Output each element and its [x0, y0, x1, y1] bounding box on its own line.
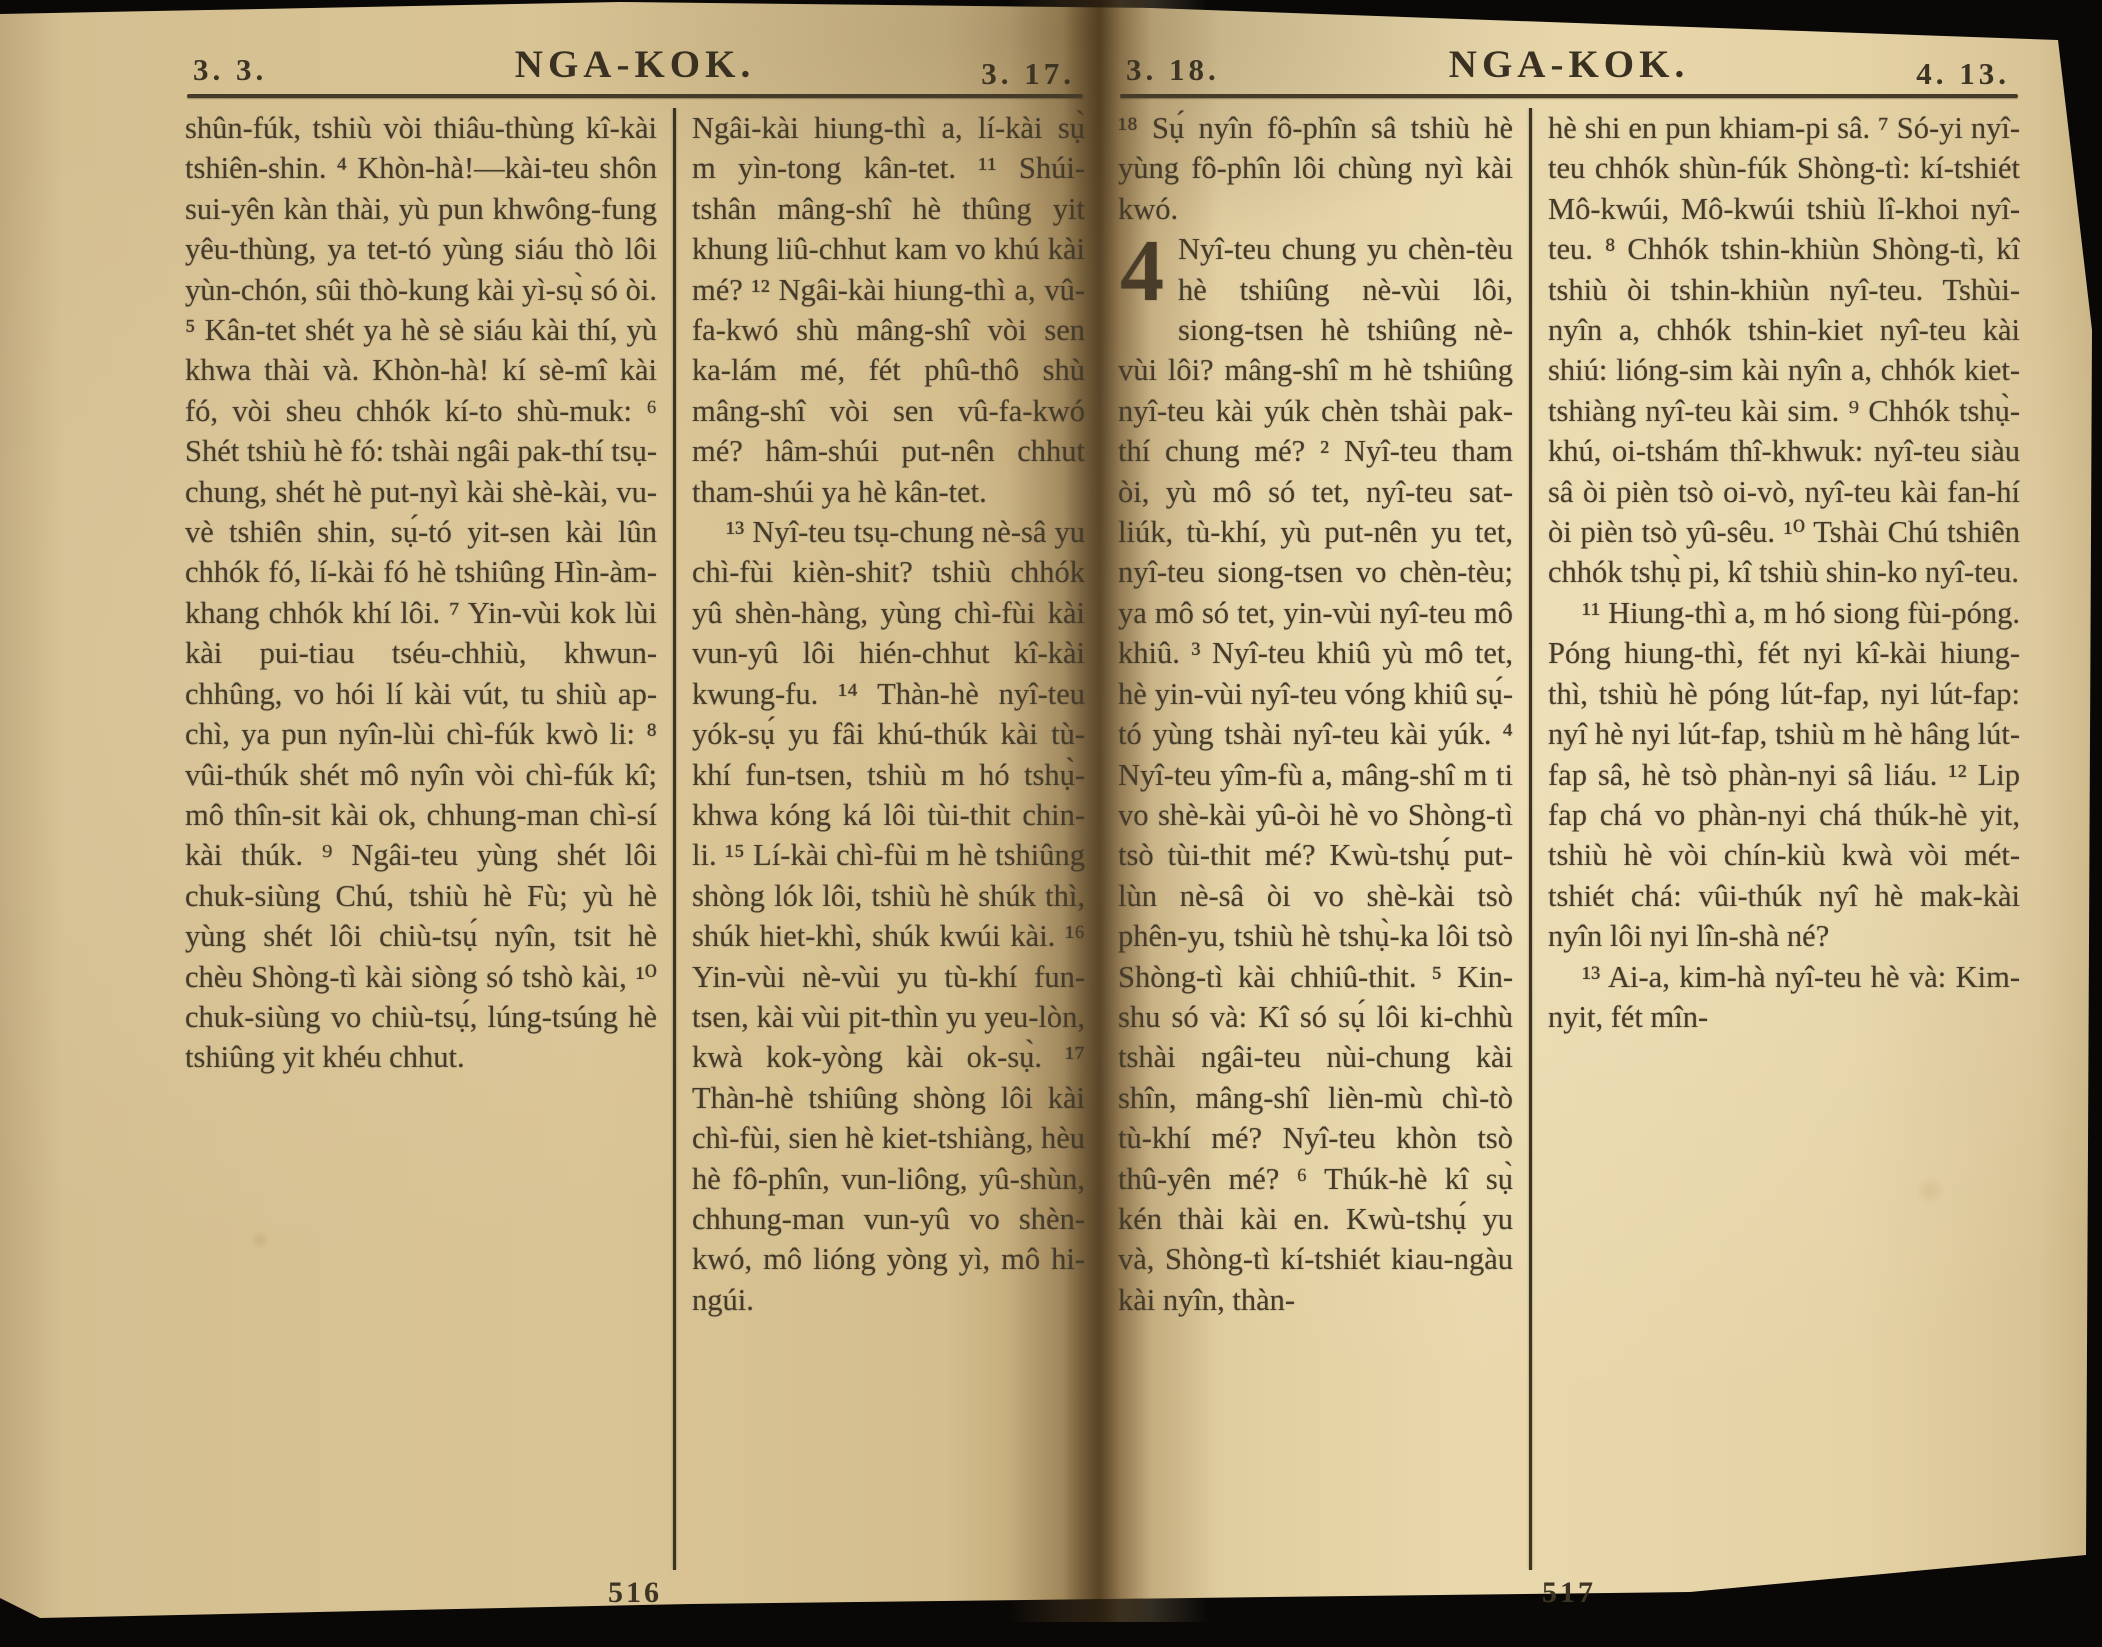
head-rule: [187, 94, 1083, 98]
chapter-verse-ref-right: 4. 13.: [1916, 56, 2010, 92]
text-columns: ¹⁸ Sụ́ nyîn fô-phîn sâ tshiù hè yùng fô-…: [1118, 108, 2020, 1570]
text-paragraph: ¹³ Nyî-teu tsụ-chung nè-sâ yu chì-fùi ki…: [692, 512, 1085, 1320]
text-column: hè shi en pun khiam-pi sâ. ⁷ Só-yi nyî-t…: [1532, 108, 2020, 1570]
head-rule: [1120, 94, 2018, 98]
running-head: 3. 3. NGA-KOK. 3. 17.: [185, 36, 1085, 94]
chapter-verse-ref-right: 3. 17.: [981, 56, 1075, 92]
text-paragraph: ¹³ Ai-a, kim-hà nyî-teu hè và: Kim-nyit,…: [1548, 957, 2020, 1038]
chapter-verse-ref-left: 3. 18.: [1126, 52, 1220, 88]
page-number: 517: [1118, 1576, 2020, 1610]
running-head: 3. 18. NGA-KOK. 4. 13.: [1118, 36, 2020, 94]
book-scan: 3. 3. NGA-KOK. 3. 17. shûn-fúk, tshiù vò…: [0, 0, 2102, 1647]
text-column: ¹⁸ Sụ́ nyîn fô-phîn sâ tshiù hè yùng fô-…: [1118, 108, 1529, 1570]
page-number: 516: [185, 1576, 1085, 1610]
text-paragraph: 4Nyî-teu chung yu chèn-tèu hè tshiûng nè…: [1118, 229, 1513, 1320]
chapter-verse-ref-left: 3. 3.: [193, 52, 267, 88]
page-title: NGA-KOK.: [1449, 42, 1689, 87]
text-column: shûn-fúk, tshiù vòi thiâu-thùng kî-kài t…: [185, 108, 673, 1570]
text-paragraph: hè shi en pun khiam-pi sâ. ⁷ Só-yi nyî-t…: [1548, 108, 2020, 593]
text-paragraph: shûn-fúk, tshiù vòi thiâu-thùng kî-kài t…: [185, 108, 657, 1078]
text-column: Ngâi-kài hiung-thì a, lí-kài sụ̀ m yìn-t…: [676, 108, 1085, 1570]
text-paragraph: ¹¹ Hiung-thì a, m hó siong fùi-póng. Pón…: [1548, 593, 2020, 957]
chapter-number: 4: [1120, 234, 1164, 310]
page-title: NGA-KOK.: [515, 42, 755, 87]
text-paragraph: ¹⁸ Sụ́ nyîn fô-phîn sâ tshiù hè yùng fô-…: [1118, 108, 1513, 229]
text-columns: shûn-fúk, tshiù vòi thiâu-thùng kî-kài t…: [185, 108, 1085, 1570]
text-paragraph: Ngâi-kài hiung-thì a, lí-kài sụ̀ m yìn-t…: [692, 108, 1085, 512]
